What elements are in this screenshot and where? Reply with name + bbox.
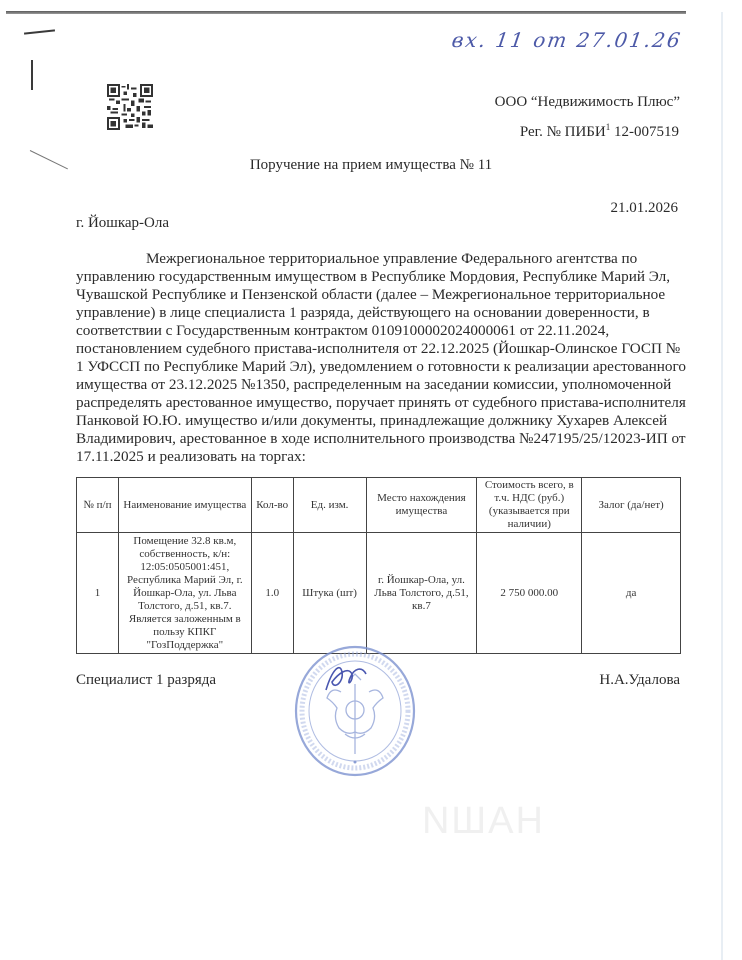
incoming-registration-mark: вх. 11 от 27.01.26: [450, 28, 683, 52]
cell-unit: Штука (шт): [293, 533, 366, 654]
property-table: № п/п Наименование имущества Кол-во Ед. …: [76, 477, 681, 654]
table-header-row: № п/п Наименование имущества Кол-во Ед. …: [77, 478, 681, 533]
scan-page-edge-top: [6, 11, 686, 14]
footnote-marker: 1: [606, 122, 611, 132]
header-pledge: Залог (да/нет): [582, 478, 681, 533]
cell-quantity: 1.0: [251, 533, 293, 654]
registration-label: Рег. № ПИБИ: [520, 124, 606, 140]
scan-artifact-mark: [31, 60, 33, 90]
header-unit: Ед. изм.: [293, 478, 366, 533]
qr-code-icon: [107, 84, 153, 130]
table-row: 1 Помещение 32.8 кв.м, собственность, к/…: [77, 533, 681, 654]
header-cost: Стоимость всего, в т.ч. НДС (руб.) (указ…: [477, 478, 582, 533]
cell-pledge: да: [582, 533, 681, 654]
signer-name: Н.А.Удалова: [599, 672, 680, 689]
cell-location: г. Йошкар-Ола, ул. Льва Толстого, д.51, …: [366, 533, 477, 654]
registration-value: 12-007519: [614, 124, 679, 140]
cell-name: Помещение 32.8 кв.м, собственность, к/н:…: [118, 533, 251, 654]
header-location: Место нахождения имущества: [366, 478, 477, 533]
document-title: Поручение на прием имущества № 11: [0, 157, 742, 174]
document-city: г. Йошкар-Ола: [76, 215, 169, 232]
scan-artifact-mark: [24, 29, 55, 34]
document-date: 21.01.2026: [611, 200, 679, 217]
body-paragraph: Межрегиональное территориальное управлен…: [76, 250, 686, 465]
scan-page-edge-right: [721, 12, 723, 960]
header-name: Наименование имущества: [118, 478, 251, 533]
recipient-org-name: ООО “Недвижимость Плюс”: [495, 94, 680, 111]
cell-cost: 2 750 000.00: [477, 533, 582, 654]
handwritten-signature-icon: [322, 660, 372, 696]
registration-number: Рег. № ПИБИ1 12-007519: [520, 122, 679, 141]
signer-position: Специалист 1 разряда: [76, 672, 216, 689]
cell-number: 1: [77, 533, 119, 654]
header-quantity: Кол-во: [251, 478, 293, 533]
bleed-through-watermark: НАШИ: [420, 800, 543, 843]
document-body: Межрегиональное территориальное управлен…: [76, 250, 688, 466]
header-number: № п/п: [77, 478, 119, 533]
